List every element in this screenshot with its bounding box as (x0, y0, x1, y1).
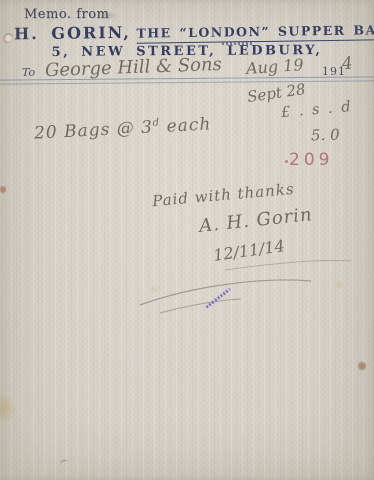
currency-columns-heading: £ . s . d (280, 99, 353, 121)
item-text-tail: each (160, 114, 212, 137)
signature-handwritten: A. H. Gorin (198, 204, 313, 237)
memo-receipt-document: Memo. from A. H. GORIN, THE “LONDON” SUP… (0, 0, 374, 480)
foxing-stain (0, 186, 6, 193)
proprietor-name: A. H. GORIN, (0, 23, 131, 44)
faded-ink-smudge (96, 11, 120, 20)
reference-number-stamp: 209 (289, 150, 333, 170)
item-text: 20 Bags @ 3 (34, 117, 154, 143)
entry-date-handwritten: Sept 28 (246, 80, 307, 106)
amount-handwritten: 5. 0 (311, 126, 340, 145)
pencil-tick-mark (59, 459, 68, 467)
pencil-stroke-marks (125, 255, 355, 320)
item-description-handwritten: 20 Bags @ 3d each (34, 114, 212, 143)
establishment-name: THE “LONDON” SUPPER BAR, (136, 22, 374, 44)
foxing-stain (358, 362, 366, 370)
year-digit-handwritten: 4 (341, 53, 354, 74)
paid-note-handwritten: Paid with thanks (151, 180, 295, 210)
masthead: A. H. GORIN, THE “LONDON” SUPPER BAR, (0, 19, 374, 44)
pin-hole (4, 33, 13, 42)
billing-date-handwritten: Aug 19 (245, 55, 304, 78)
to-label: To (22, 66, 35, 79)
foxing-stain (0, 390, 20, 428)
red-ink-speck (285, 160, 288, 163)
